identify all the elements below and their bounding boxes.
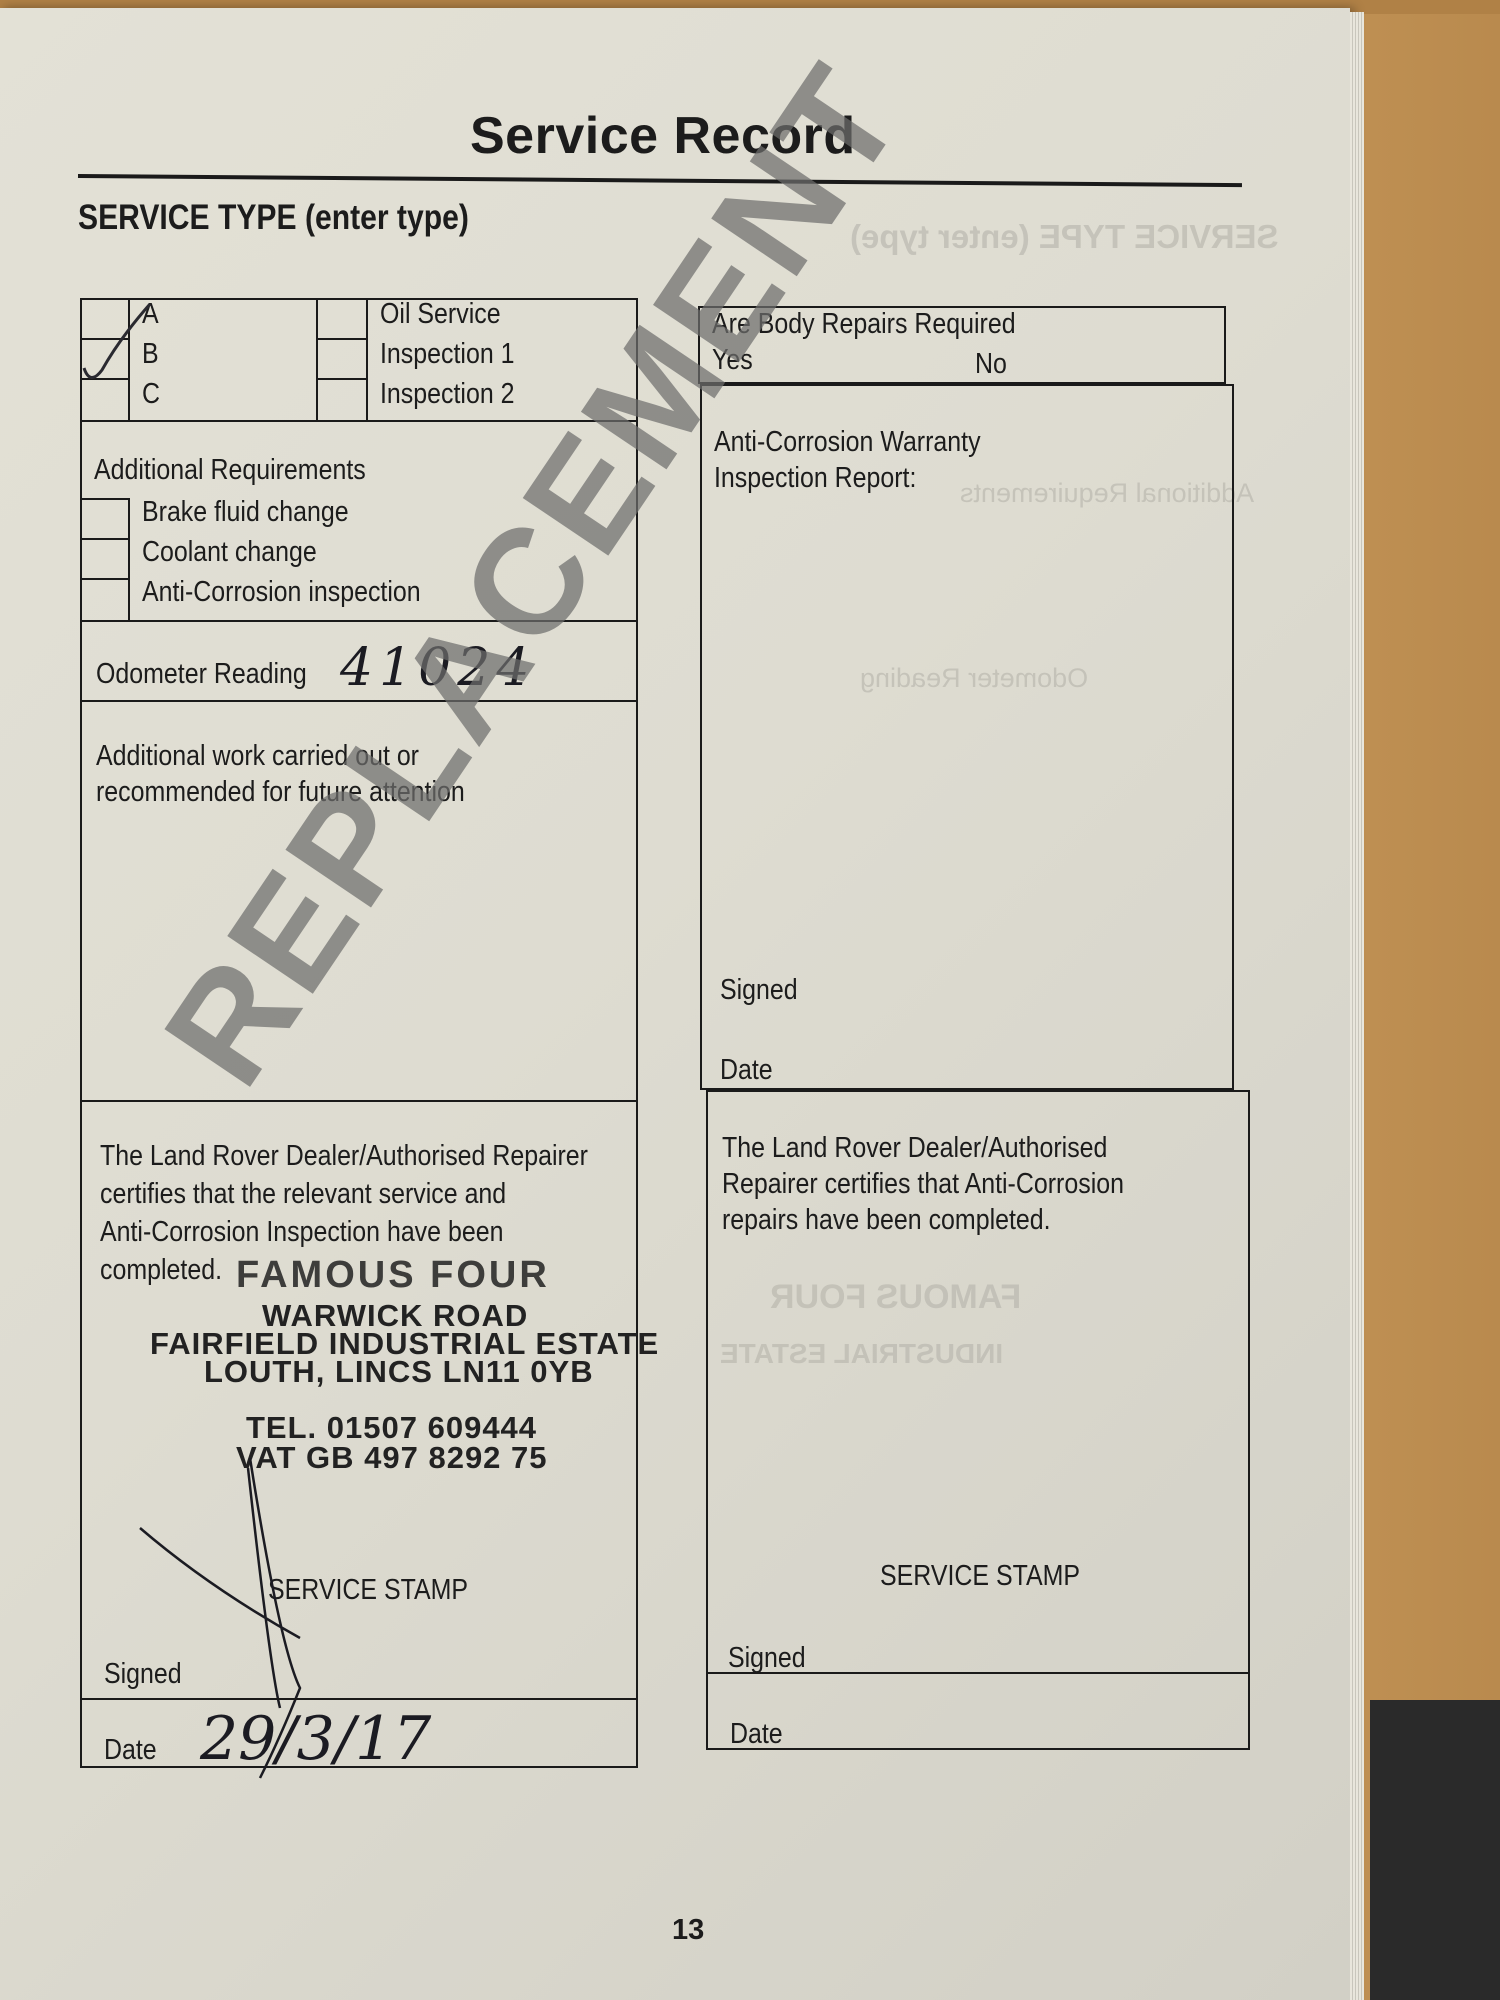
page-number: 13 xyxy=(672,1914,704,1947)
service-cert-line-3: Anti-Corrosion Inspection have been xyxy=(100,1216,503,1249)
grid-line xyxy=(316,298,318,420)
dealer-stamp-address-3: LOUTH, LINCS LN11 0YB xyxy=(204,1354,594,1390)
additional-requirements-heading: Additional Requirements xyxy=(94,454,366,487)
report-date-label: Date xyxy=(720,1054,773,1087)
grid-line xyxy=(316,378,366,380)
service-date-value[interactable]: 29/3/17 xyxy=(200,1704,431,1774)
repair-cert-line-1: The Land Rover Dealer/Authorised xyxy=(722,1132,1107,1165)
grid-line xyxy=(706,1672,1250,1674)
body-repairs-no[interactable]: No xyxy=(975,348,1007,381)
service-cert-line-4: completed. xyxy=(100,1254,222,1287)
dealer-stamp-name: FAMOUS FOUR xyxy=(236,1254,550,1297)
anti-corrosion-report-label-2: Inspection Report: xyxy=(714,462,916,495)
bleed-through-stamp: INDUSTRIAL ESTATE xyxy=(720,1338,1003,1370)
service-date-label: Date xyxy=(104,1734,157,1767)
grid-line xyxy=(128,498,130,620)
req-anti-corrosion-inspection[interactable]: Anti-Corrosion inspection xyxy=(142,576,421,609)
repair-cert-line-3: repairs have been completed. xyxy=(722,1204,1051,1237)
bleed-through-stamp: FAMOUS FOUR xyxy=(770,1278,1021,1317)
odometer-label: Odometer Reading xyxy=(96,658,307,691)
service-cert-line-2: certifies that the relevant service and xyxy=(100,1178,506,1211)
grid-line xyxy=(366,298,368,420)
grid-line xyxy=(80,538,128,540)
background-shadow xyxy=(1370,1700,1500,2000)
page-edge xyxy=(1350,12,1364,2000)
req-coolant-change[interactable]: Coolant change xyxy=(142,536,317,569)
title-rule xyxy=(78,174,1242,187)
repair-date-label: Date xyxy=(730,1718,783,1751)
section-heading: SERVICE TYPE (enter type) xyxy=(78,198,469,238)
service-record-page: Service Record SERVICE TYPE (enter type)… xyxy=(0,8,1350,2000)
checkmark-icon xyxy=(80,298,180,388)
service-option-inspection-1[interactable]: Inspection 1 xyxy=(380,338,514,371)
grid-line xyxy=(80,1698,638,1700)
grid-line xyxy=(80,578,128,580)
grid-line xyxy=(80,1100,638,1102)
service-option-oil-service[interactable]: Oil Service xyxy=(380,298,501,331)
req-brake-fluid-change[interactable]: Brake fluid change xyxy=(142,496,349,529)
repair-signed-label: Signed xyxy=(728,1642,806,1675)
repair-stamp-label: SERVICE STAMP xyxy=(880,1560,1080,1593)
service-option-inspection-2[interactable]: Inspection 2 xyxy=(380,378,514,411)
service-cert-line-1: The Land Rover Dealer/Authorised Repaire… xyxy=(100,1140,588,1173)
report-signed-label: Signed xyxy=(720,974,798,1007)
grid-line xyxy=(80,498,128,500)
anti-corrosion-report-label-1: Anti-Corrosion Warranty xyxy=(714,426,981,459)
grid-line xyxy=(316,338,366,340)
repair-cert-line-2: Repairer certifies that Anti-Corrosion xyxy=(722,1168,1124,1201)
bleed-through-heading: SERVICE TYPE (enter type) xyxy=(850,218,1279,256)
